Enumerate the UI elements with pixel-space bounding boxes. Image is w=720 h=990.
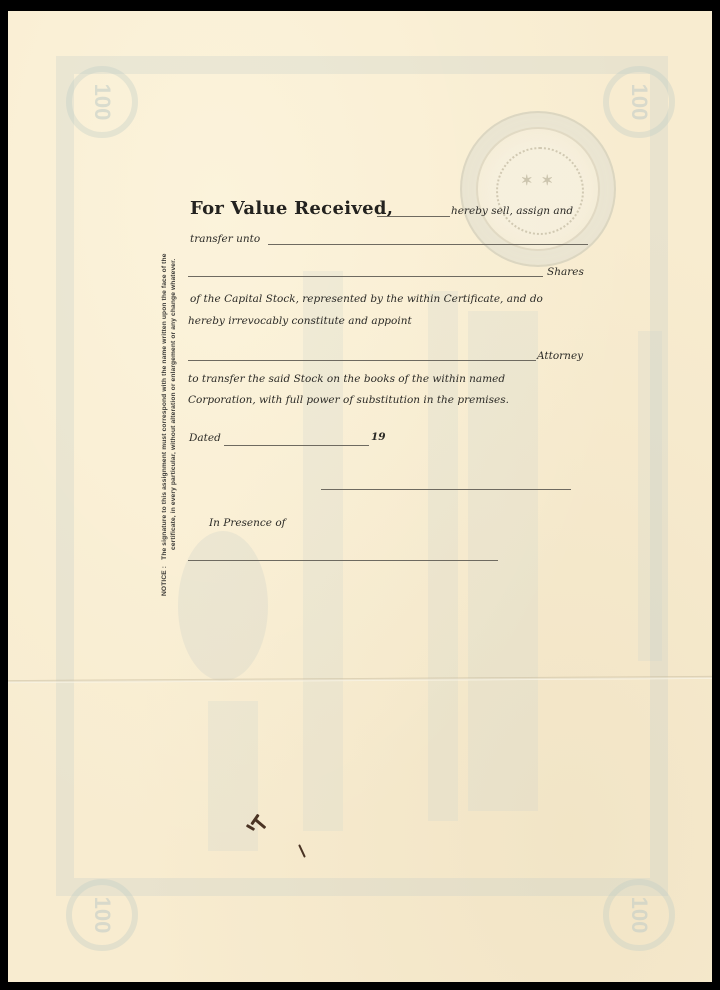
attorney-line[interactable] xyxy=(188,360,536,361)
date-line[interactable] xyxy=(224,445,369,446)
witness-line[interactable] xyxy=(188,560,498,561)
assignor-line[interactable] xyxy=(377,216,450,217)
assignment-form: For Value Received, hereby sell, assign … xyxy=(0,0,720,990)
signature-line[interactable] xyxy=(321,489,571,490)
shares-line[interactable] xyxy=(188,276,543,277)
transferee-line[interactable] xyxy=(268,244,588,245)
for-value-received-heading: For Value Received, xyxy=(190,198,393,219)
